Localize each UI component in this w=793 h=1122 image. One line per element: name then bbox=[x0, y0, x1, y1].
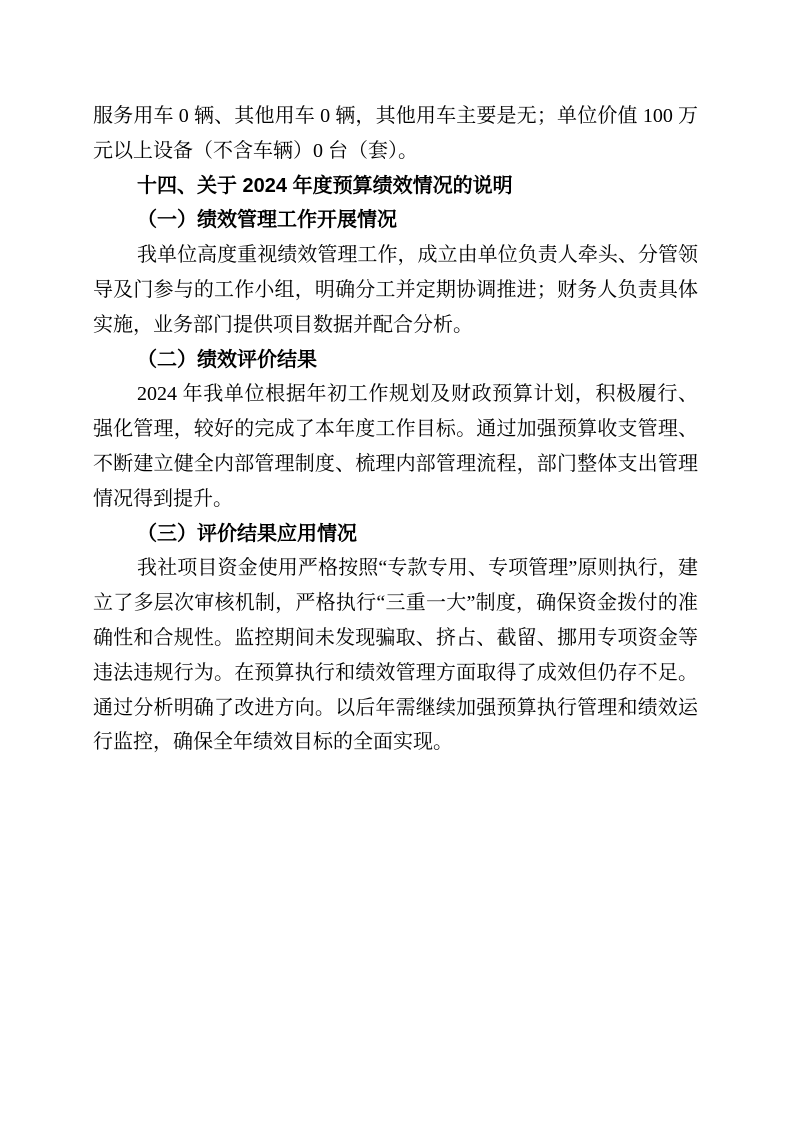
document-page: 服务用车 0 辆、其他用车 0 辆，其他用车主要是无；单位价值 100 万元以上… bbox=[0, 0, 793, 1122]
section-heading-14: 十四、关于 2024 年度预算绩效情况的说明 bbox=[93, 169, 698, 204]
subsection-3-heading: （三）评价结果应用情况 bbox=[93, 517, 698, 552]
document-content: 服务用车 0 辆、其他用车 0 辆，其他用车主要是无；单位价值 100 万元以上… bbox=[93, 99, 698, 760]
carryover-paragraph: 服务用车 0 辆、其他用车 0 辆，其他用车主要是无；单位价值 100 万元以上… bbox=[93, 99, 698, 169]
subsection-2-heading: （二）绩效评价结果 bbox=[93, 343, 698, 378]
subsection-1-heading: （一）绩效管理工作开展情况 bbox=[93, 203, 698, 238]
subsection-2-paragraph: 2024 年我单位根据年初工作规划及财政预算计划，积极履行、强化管理，较好的完成… bbox=[93, 377, 698, 516]
subsection-1-paragraph: 我单位高度重视绩效管理工作，成立由单位负责人牵头、分管领导及门参与的工作小组，明… bbox=[93, 238, 698, 342]
subsection-3-paragraph: 我社项目资金使用严格按照“专款专用、专项管理”原则执行，建立了多层次审核机制，严… bbox=[93, 551, 698, 760]
